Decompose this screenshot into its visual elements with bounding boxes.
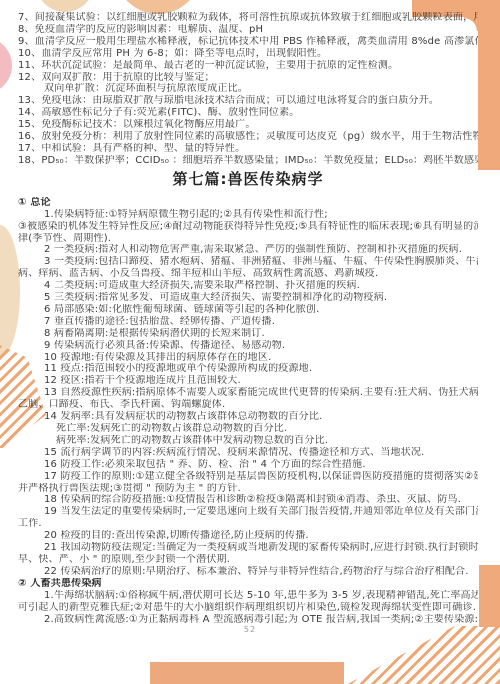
text-line: 2.高致病性禽流感:①为正黏病毒科 A 型流感病毒引起;为 OTE 报告病,我国… [18, 614, 478, 626]
text-line: ③被感染的机体发生特异性反应;④耐过动物能获得特异性免疫;⑤具有特征性的临床表现… [18, 221, 478, 233]
decor-orange-block-bottom-right [479, 565, 500, 627]
infectious-disease-notes-list: ① 总论1.传染病特征:①特异病原微生物引起的;②具有传染性和流行性;③被感染的… [18, 197, 478, 626]
text-line: 6 局部感染:如:化脓性葡萄球菌、链球菌等引起的各种化脓创. [18, 304, 478, 316]
text-line: 16、放射免疫分析：利用了放射性同位素的高敏感性；灵敏度可达皮克（pg）级水平，… [18, 131, 478, 143]
text-line: 9 传染病流行必须具备:传染源、传播途径、易感动物. [18, 340, 478, 352]
section-heading: ① 总论 [18, 197, 478, 209]
document-page: { "colors": { "accent_orange": "#efa97b"… [0, 0, 500, 684]
text-line: 乙脑、口蹄疫、布氏、李氏杆菌、钩端螺旋体. [18, 399, 478, 411]
text-line: 1.传染病特征:①特异病原微生物引起的;②具有传染性和流行性; [18, 209, 478, 221]
text-line: 18、PD₅₀：半数保护率；CCID₅₀ ：细胞培养半数感染量；IMD₅₀：半数… [18, 155, 478, 167]
text-line: 10 疫源地:有传染源及其排出的病原体存在的地区. [18, 352, 478, 364]
chapter-content: 7、间接凝集试验：以红细胞或乳胶颗粒为载体，将可溶性抗原或抗体致敏于红细胞或乳胶… [18, 0, 478, 684]
text-line: 18 传染病的综合防疫措施:①疫情报告和诊断②检疫③隔离和封锁④消毒、杀虫、灭鼠… [18, 494, 478, 506]
text-line: 律(季节性、周期性). [18, 233, 478, 245]
page-title: 第七篇:兽医传染病学 [18, 169, 478, 189]
text-line: 7、间接凝集试验：以红细胞或乳胶颗粒为载体，将可溶性抗原或抗体致敏于红细胞或乳胶… [18, 12, 478, 24]
decor-orange-bar-right [478, 0, 500, 170]
text-line: 死亡率:发病死亡的动物数占该群总动物数的百分比. [18, 423, 478, 435]
text-line: 13、免疫电泳：由琼脂双扩散与琼脂电泳技术结合而成；可以通过电泳将复合的蛋白质分… [18, 95, 478, 107]
text-line: 3 一类疫病:包括口蹄疫、猪水疱病、猪瘟、非洲猪瘟、非洲马瘟、牛瘟、牛传染性胸膜… [18, 256, 478, 268]
text-line: 早、快、严、小 " 的原则,至少封锁一个潜伏期. [18, 554, 478, 566]
text-line: 22 传染病治疗的原则:早期治疗、标本兼治、特异与非特异性结合,药物治疗与综合治… [18, 566, 478, 578]
text-line: 双向单扩散：沉淀环面积与抗原浓度成正比。 [18, 83, 478, 95]
text-line: 10、血清学反应常用 PH 为 6-8；如：降至等电点时，出现假阳性。 [18, 48, 478, 60]
text-line: 16 防疫工作:必须采取包括 " 养、防、检、治 " 4 个方面的综合性措施. [18, 459, 478, 471]
text-line: 并严格执行兽医法规;③贯彻 " 预防为主 " 的方针. [18, 483, 478, 495]
text-line: 17 防疫工作的原则:①建立健全各级特别是基层兽医防疫机构,以保证兽医防疫措施的… [18, 471, 478, 483]
decor-beige-blob-left [0, 225, 20, 357]
text-line: 9、血清学反应一般用生理盐水稀释液，标记抗体技术中用 PBS 作稀释液，禽类血清… [18, 36, 478, 48]
text-line: 工作. [18, 518, 478, 530]
text-line: 11 疫点:指范围较小的疫源地或单个传染源所构成的疫源地. [18, 363, 478, 375]
page-number: 52 [0, 625, 500, 634]
serology-notes-list: 7、间接凝集试验：以红细胞或乳胶颗粒为载体，将可溶性抗原或抗体致敏于红细胞或乳胶… [18, 12, 478, 167]
text-line: 11、环状沉淀试验：是最简单、最古老的一种沉淀试验，主要用于抗原的定性检测。 [18, 60, 478, 72]
section-heading: ② 人畜共患传染病 [18, 578, 478, 590]
text-line: 12 疫区:指若干个疫源地连成片且范围较大. [18, 375, 478, 387]
text-line: 7 垂直传播的途径:包括胎盘、经卵传播、产道传播. [18, 316, 478, 328]
text-line: 8、免疫血清学的反应的影响因素：电解质、温度、pH [18, 24, 478, 36]
text-line: 8 病畜隔离期:是根据传染病潜伏期的长短来制订. [18, 328, 478, 340]
text-line: 病、痒病、蓝舌病、小反刍兽疫、绵羊痘和山羊痘、高致病性禽流感、鸡新城疫. [18, 268, 478, 280]
text-line: 20 检疫的目的:查出传染源,切断传播途径,防止疫病的传播. [18, 530, 478, 542]
text-line: 可引起人的新型克雅氏症;②对患牛的大小脑组织作病理组织切片和染色,镜检发现海绵状… [18, 602, 478, 614]
decor-pink-circle-left [0, 37, 12, 94]
text-line: 4 二类疫病:可造成重大经济损失,需要采取严格控制、扑灭措施的疾病. [18, 280, 478, 292]
text-line: 14 发病率:具有发病症状的动物数占该群体总动物数的百分比. [18, 411, 478, 423]
text-line: 病死率:发病死亡的动物数占该群体中发病动物总数的百分比. [18, 435, 478, 447]
text-line: 15、免疫酶标记技术：以辣根过氧化物酶应用最广。 [18, 119, 478, 131]
text-line: 19 当发生法定的重要传染病时,一定要迅速向上级有关部门报告疫情,并通知邻近单位… [18, 506, 478, 518]
text-line: 15 流行病学调节的内容:疾病流行情况、疫病来源情况、传播途径和方式、当地状况. [18, 447, 478, 459]
text-line: 12、双向双扩散：用于抗原的比较与鉴定； [18, 72, 478, 84]
text-line: 21 我国动物防疫法规定:当确定为一类疫病或当地新发现的家畜传染病时,应进行封锁… [18, 542, 478, 554]
text-line: 1.牛海绵状脑病:①俗称疯牛病,潜伏期可长达 5-10 年,患牛多为 3-5 岁… [18, 590, 478, 602]
text-line: 5 三类疫病:指常见多发、可造成重大经济损失、需要控制和净化的动物疫病. [18, 292, 478, 304]
text-line: 2 一类疫病:指对人和动物危害严重,需采取紧急、严厉的强制性预防、控制和扑灭措施… [18, 244, 478, 256]
text-line: 17、中和试验：具有严格的种、型、量的特异性。 [18, 143, 478, 155]
text-line: 13 自然疫源性疾病:指病原体不需要人或家畜能完成世代更替的传染病.主要有:狂犬… [18, 387, 478, 399]
text-line: 14、高敏感性标记分子有:荧光素(FITC)、酶、放射性同位素。 [18, 107, 478, 119]
